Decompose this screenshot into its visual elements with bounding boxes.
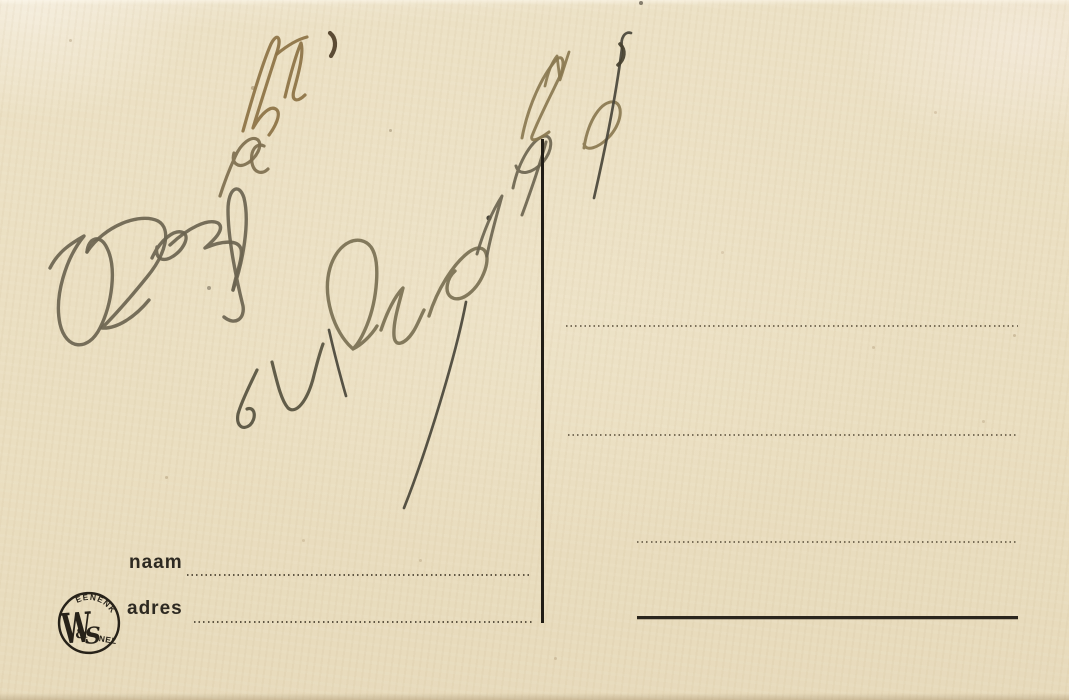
- address-dotted-line: [194, 621, 533, 623]
- handwritten-message: [50, 33, 335, 345]
- postcard-back: naam adres W EENENK & S NEL: [0, 0, 1069, 700]
- name-dotted-line: [187, 574, 530, 576]
- publisher-logo: W EENENK & S NEL: [54, 588, 124, 658]
- name-label: naam: [129, 552, 183, 574]
- divider-line: [541, 139, 544, 623]
- address-dotted-line-1: [566, 325, 1018, 327]
- handwriting-layer: [0, 0, 1069, 700]
- address-label: adres: [127, 598, 183, 620]
- address-dotted-line-2: [568, 434, 1018, 436]
- handwritten-date: [238, 33, 631, 508]
- bottom-rule: [637, 616, 1018, 619]
- address-dotted-line-3: [637, 541, 1018, 543]
